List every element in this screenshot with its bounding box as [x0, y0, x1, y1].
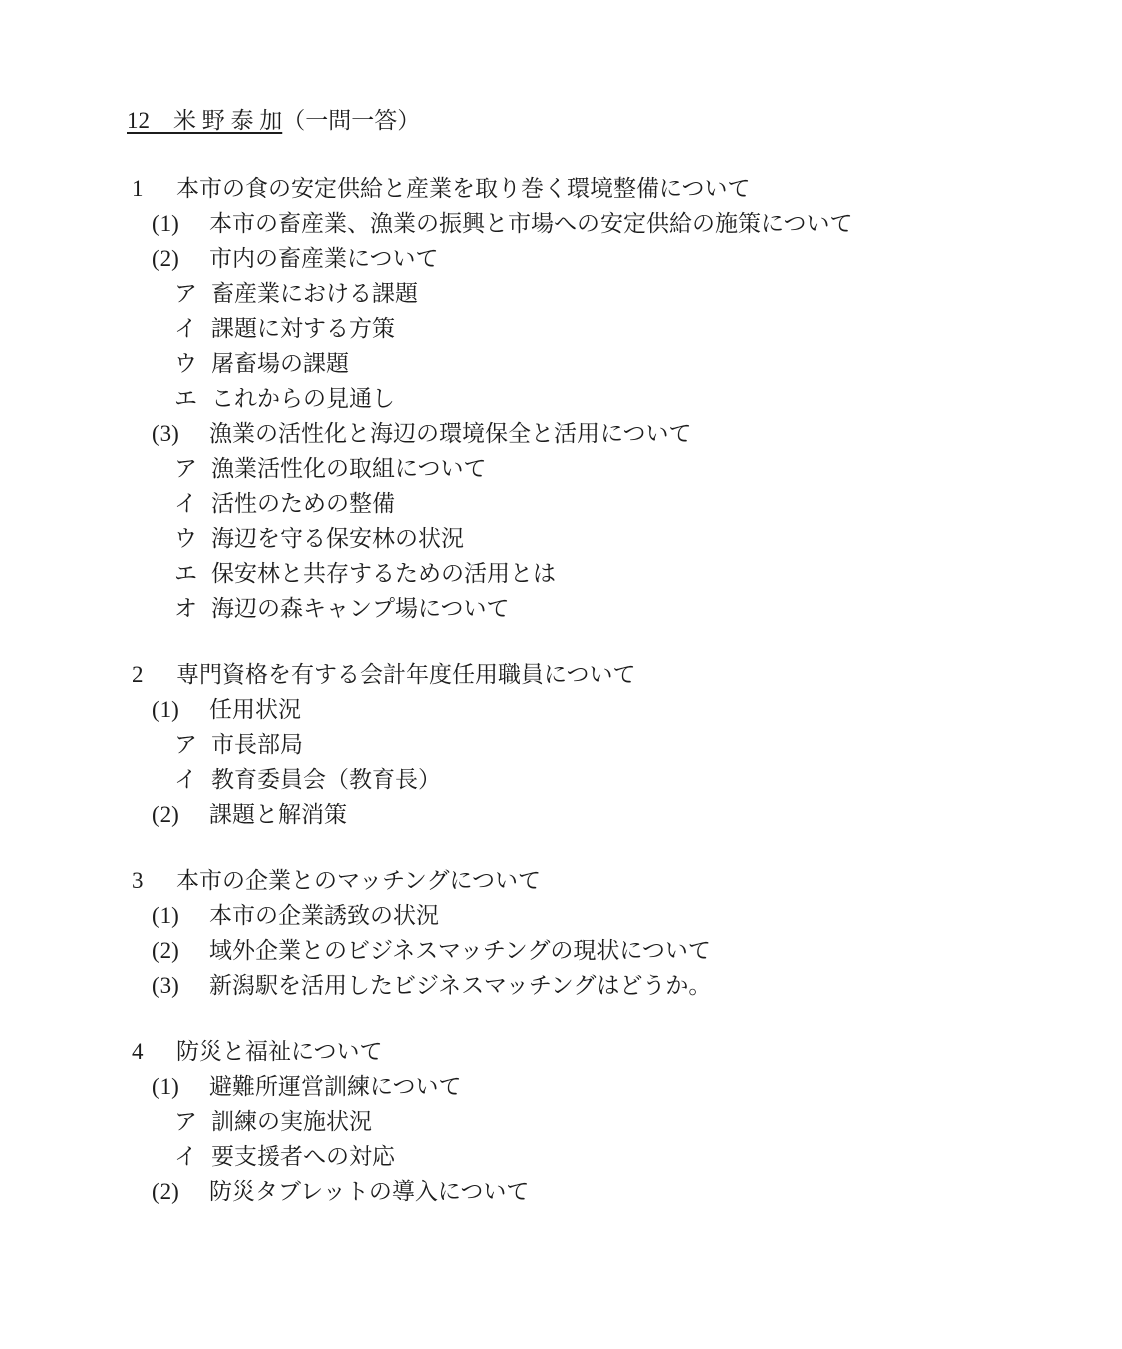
- subitem-text: 市長部局: [211, 727, 303, 762]
- subitem-marker: ア: [174, 451, 211, 486]
- list-item: (2)域外企業とのビジネスマッチングの現状について: [0, 933, 1122, 968]
- list-item: (1)本市の企業誘致の状況: [0, 898, 1122, 933]
- list-item: (2)防災タブレットの導入について: [0, 1174, 1122, 1209]
- list-subitem: イ活性のための整備: [0, 486, 1122, 521]
- section-heading-text: 専門資格を有する会計年度任用職員について: [176, 657, 636, 692]
- subitem-marker: イ: [174, 311, 211, 346]
- list-item: (1)任用状況: [0, 692, 1122, 727]
- item-marker: (2): [152, 1174, 209, 1209]
- section-3: 3本市の企業とのマッチングについて (1)本市の企業誘致の状況 (2)域外企業と…: [0, 863, 1122, 1003]
- subitem-text: 海辺の森キャンプ場について: [211, 591, 510, 626]
- section-heading: 2専門資格を有する会計年度任用職員について: [0, 657, 1122, 692]
- subitem-marker: エ: [174, 556, 211, 591]
- list-subitem: ア漁業活性化の取組について: [0, 451, 1122, 486]
- question-list-document: 12 米 野 泰 加（一問一答） 1本市の食の安定供給と産業を取り巻く環境整備に…: [0, 0, 1122, 1209]
- section-heading-text: 本市の企業とのマッチングについて: [176, 863, 541, 898]
- list-subitem: イ課題に対する方策: [0, 311, 1122, 346]
- subitem-text: これからの見通し: [211, 381, 395, 416]
- list-subitem: エ保安林と共存するための活用とは: [0, 556, 1122, 591]
- subitem-marker: ウ: [174, 521, 211, 556]
- subitem-marker: ウ: [174, 346, 211, 381]
- item-marker: (2): [152, 241, 209, 276]
- document-title: 12 米 野 泰 加（一問一答）: [0, 103, 1122, 138]
- list-item: (3)新潟駅を活用したビジネスマッチングはどうか。: [0, 968, 1122, 1003]
- item-text: 避難所運営訓練について: [209, 1069, 462, 1104]
- subitem-text: 活性のための整備: [211, 486, 395, 521]
- list-item: (2)課題と解消策: [0, 797, 1122, 832]
- section-4: 4防災と福祉について (1)避難所運営訓練について ア訓練の実施状況 イ要支援者…: [0, 1034, 1122, 1209]
- section-heading: 3本市の企業とのマッチングについて: [0, 863, 1122, 898]
- item-text: 本市の企業誘致の状況: [209, 898, 439, 933]
- item-text: 課題と解消策: [209, 797, 347, 832]
- subitem-text: 課題に対する方策: [211, 311, 395, 346]
- item-marker: (1): [152, 1069, 209, 1104]
- subitem-text: 漁業活性化の取組について: [211, 451, 487, 486]
- subitem-marker: ア: [174, 727, 211, 762]
- section-heading: 4防災と福祉について: [0, 1034, 1122, 1069]
- subitem-text: 教育委員会（教育長）: [211, 762, 441, 797]
- list-item: (1)本市の畜産業、漁業の振興と市場への安定供給の施策について: [0, 206, 1122, 241]
- item-text: 漁業の活性化と海辺の環境保全と活用について: [209, 416, 692, 451]
- section-2: 2専門資格を有する会計年度任用職員について (1)任用状況 ア市長部局 イ教育委…: [0, 657, 1122, 832]
- section-number: 4: [132, 1034, 176, 1069]
- item-marker: (2): [152, 797, 209, 832]
- document-page: 12 米 野 泰 加（一問一答） 1本市の食の安定供給と産業を取り巻く環境整備に…: [0, 0, 1122, 1349]
- subitem-marker: エ: [174, 381, 211, 416]
- list-item: (2)市内の畜産業について: [0, 241, 1122, 276]
- list-subitem: ウ海辺を守る保安林の状況: [0, 521, 1122, 556]
- item-text: 防災タブレットの導入について: [209, 1174, 529, 1209]
- list-subitem: イ要支援者への対応: [0, 1139, 1122, 1174]
- section-number: 3: [132, 863, 176, 898]
- subitem-marker: オ: [174, 591, 211, 626]
- list-item: (3)漁業の活性化と海辺の環境保全と活用について: [0, 416, 1122, 451]
- subitem-marker: イ: [174, 486, 211, 521]
- list-subitem: ア市長部局: [0, 727, 1122, 762]
- item-text: 市内の畜産業について: [209, 241, 439, 276]
- item-marker: (3): [152, 968, 209, 1003]
- section-heading-text: 本市の食の安定供給と産業を取り巻く環境整備について: [176, 171, 751, 206]
- section-1: 1本市の食の安定供給と産業を取り巻く環境整備について (1)本市の畜産業、漁業の…: [0, 171, 1122, 626]
- item-marker: (1): [152, 692, 209, 727]
- item-marker: (1): [152, 898, 209, 933]
- subitem-text: 畜産業における課題: [211, 276, 418, 311]
- speaker-number-and-name: 12 米 野 泰 加: [127, 108, 282, 133]
- title-format-suffix: （一問一答）: [282, 108, 420, 133]
- list-subitem: イ教育委員会（教育長）: [0, 762, 1122, 797]
- item-text: 任用状況: [209, 692, 301, 727]
- item-marker: (2): [152, 933, 209, 968]
- section-number: 1: [132, 171, 176, 206]
- subitem-marker: イ: [174, 762, 211, 797]
- item-text: 域外企業とのビジネスマッチングの現状について: [209, 933, 711, 968]
- subitem-text: 保安林と共存するための活用とは: [211, 556, 556, 591]
- item-text: 本市の畜産業、漁業の振興と市場への安定供給の施策について: [209, 206, 853, 241]
- list-item: (1)避難所運営訓練について: [0, 1069, 1122, 1104]
- list-subitem: エこれからの見通し: [0, 381, 1122, 416]
- item-text: 新潟駅を活用したビジネスマッチングはどうか。: [209, 968, 711, 1003]
- subitem-text: 要支援者への対応: [211, 1139, 395, 1174]
- subitem-marker: ア: [174, 1104, 211, 1139]
- item-marker: (1): [152, 206, 209, 241]
- list-subitem: ア畜産業における課題: [0, 276, 1122, 311]
- section-heading: 1本市の食の安定供給と産業を取り巻く環境整備について: [0, 171, 1122, 206]
- subitem-text: 屠畜場の課題: [211, 346, 349, 381]
- list-subitem: オ海辺の森キャンプ場について: [0, 591, 1122, 626]
- subitem-text: 訓練の実施状況: [211, 1104, 372, 1139]
- item-marker: (3): [152, 416, 209, 451]
- subitem-marker: ア: [174, 276, 211, 311]
- list-subitem: ウ屠畜場の課題: [0, 346, 1122, 381]
- subitem-marker: イ: [174, 1139, 211, 1174]
- subitem-text: 海辺を守る保安林の状況: [211, 521, 464, 556]
- section-number: 2: [132, 657, 176, 692]
- section-heading-text: 防災と福祉について: [176, 1034, 383, 1069]
- list-subitem: ア訓練の実施状況: [0, 1104, 1122, 1139]
